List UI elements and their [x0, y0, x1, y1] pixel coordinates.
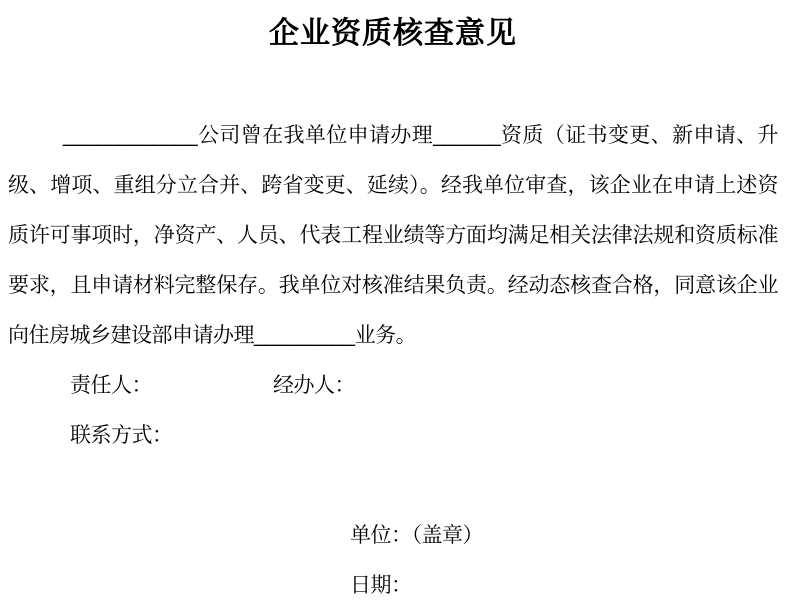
date-row: 日期： [8, 561, 778, 605]
page-title: 企业资质核查意见 [0, 0, 786, 54]
signature-row: 责任人：经办人： [8, 361, 778, 411]
date-label: 日期： [350, 574, 412, 597]
body-line-5: 向住房城乡建设部申请办理_________业务。 [8, 311, 778, 361]
handler-label: 经办人： [273, 374, 355, 397]
document-page: 企业资质核查意见 ____________公司曾在我单位申请办理______资质… [0, 0, 786, 605]
contact-label: 联系方式： [70, 424, 173, 447]
contact-row: 联系方式： [8, 411, 778, 461]
body-line-1: ____________公司曾在我单位申请办理______资质（证书变更、新申请… [8, 111, 778, 161]
unit-seal-row: 单位：（盖章） [8, 511, 778, 561]
document-body: ____________公司曾在我单位申请办理______资质（证书变更、新申请… [8, 111, 778, 605]
body-line-4: 要求，且申请材料完整保存。我单位对核准结果负责。经动态核查合格，同意该企业 [8, 261, 778, 311]
body-line-3: 质许可事项时，净资产、人员、代表工程业绩等方面均满足相关法律法规和资质标准 [8, 211, 778, 261]
responsible-person-label: 责任人： [70, 361, 273, 411]
unit-seal-label: 单位：（盖章） [350, 524, 483, 547]
body-line-2: 级、增项、重组分立合并、跨省变更、延续）。经我单位审查，该企业在申请上述资 [8, 161, 778, 211]
